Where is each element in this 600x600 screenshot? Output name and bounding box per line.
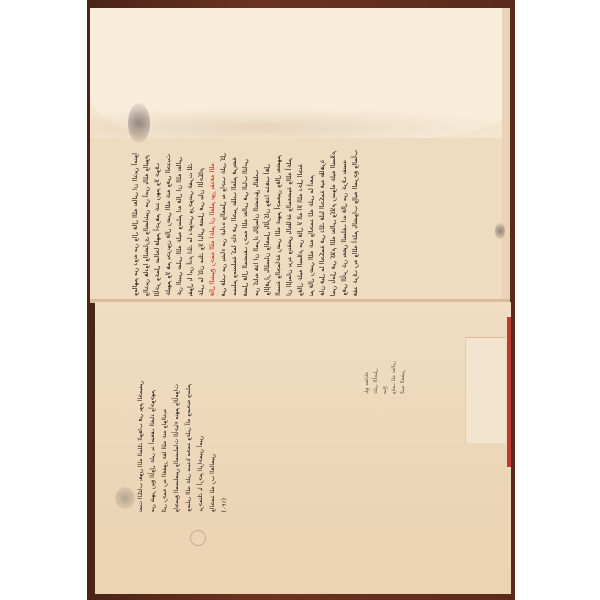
marginal-note: صح [381,314,390,394]
text-column: من كتابه هذا ان المراد بالإيمان التصديق … [251,96,262,296]
text-column: على ما كان منك ولا ابالي فصل في بيان الأ… [196,96,207,296]
colophon-line: الى رحمة ربه الغفور عفا الله عنه ولوالدي… [159,312,171,512]
text-column: ثم قال رضي الله عنه والحمد لله على ما أن… [306,96,317,296]
faded-seal-mark [190,530,206,546]
text-column: فصل قال المصنف رحمه الله تعالى في الباب … [240,96,251,296]
red-page-edge [507,317,511,467]
colophon-line: ولجميع المسلمين والمسلمات الأحياء منهم و… [171,312,183,512]
rubric-column: قال الشيخ رحمه الله اعلم ان العلم نور يق… [207,96,218,296]
text-column: فان قيل ما الحكمة في ذلك قلنا الحكمة فيه… [317,96,328,296]
text-column: فقد عرف ربه والله أعلم بالصواب وإليه الم… [350,96,361,296]
text-column: يقول يا ابن آدم انك ما دعوتني ورجوتني غف… [185,96,196,296]
ink-smudge [128,103,150,143]
marginal-note: كتبه الفقير [399,314,408,394]
text-column: وفي الأثر عن بعض السلف انه قال من عرف نف… [339,96,350,296]
colophon-line: (۱۲۰) [219,312,231,512]
text-column: عليهم ولا هم يحزنون قال رضي الله عنه وفي… [163,96,174,296]
page-edge [502,8,510,300]
marginal-notes: بلغ مقابلة على الأصل صح وقف لله تعالى كت… [363,314,408,394]
colophon-line: وصلى الله على سيدنا محمد وعلى آله وصحبه … [183,312,195,512]
lower-manuscript-page: تمت الكتاب بعون الله الملك الوهاب في يوم… [95,302,511,594]
paper-repair-flap [465,337,506,443]
text-column: لمن تأمل في كلام الله تعالى وكلام رسوله … [328,96,339,296]
text-column: مسلم ومسلمة كما جاء في الخبر طلب العلم ف… [229,96,240,296]
colophon-line: والحمد لله رب العالمين [207,312,219,512]
text-column: السنة والجماعة رضي الله عنهم أجمعين وقال… [273,96,284,296]
text-column: والإقرار باللسان والعمل بالأركان وهذا مذ… [262,96,273,296]
ink-smudge [115,487,135,509]
colophon-line: من شهر ربيع الأول على يد أضعف العباد وأح… [147,312,159,512]
upper-manuscript-page: ومالهم من دونه من وال قال الله تعالى ان … [90,8,510,300]
marginal-note: وقف لله تعالى [390,314,399,394]
colophon-block: تمت الكتاب بعون الله الملك الوهاب في يوم… [135,312,260,512]
text-column: عن النبي صلى الله عليه وسلم انه قال ان ا… [174,96,185,296]
marginal-note: على الأصل [372,314,381,394]
marginal-note: بلغ مقابلة [363,314,372,394]
colophon-line: برحمتك يا أرحم الراحمين آمين [195,312,207,512]
text-column: في قلب من يشاء من عباده والعمل به واجب ع… [218,96,229,296]
main-text-block: ومالهم من دونه من وال قال الله تعالى ان … [130,96,462,296]
text-column: وقال عليه السلام من قال لا اله الا الله … [295,96,306,296]
text-column: ان الإيمان يزيد وينقص بالطاعة والمعصية و… [284,96,295,296]
text-column: الآخر وعمل صالحا فلهم أجرهم عند ربهم ولا… [152,96,163,296]
ink-smudge [495,223,505,239]
colophon-line: تمت الكتاب بعون الله الملك الوهاب في يوم… [135,312,147,512]
